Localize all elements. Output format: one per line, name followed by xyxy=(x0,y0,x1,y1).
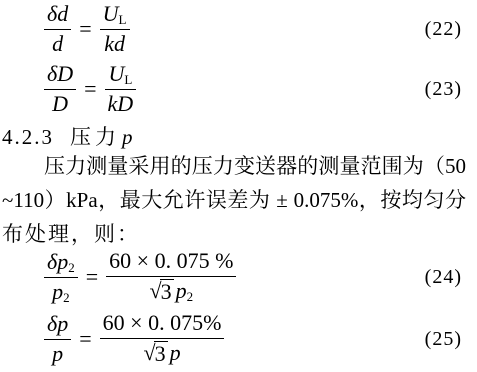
equation-number: (25) xyxy=(425,328,462,351)
paragraph-line: 压力测量采用的压力变送器的测量范围为（50 xyxy=(2,149,466,183)
subscript: 2 xyxy=(68,260,75,275)
equals-sign: = xyxy=(84,76,96,102)
variable: U xyxy=(108,61,124,86)
equation-24: δp2 p2 = 60 × 0. 075 % √3p2 (24) xyxy=(0,246,477,308)
equation-number: (23) xyxy=(425,78,462,101)
equals-sign: = xyxy=(86,264,98,290)
equation-number: (24) xyxy=(425,266,462,289)
equals-sign: = xyxy=(79,326,91,352)
fraction-denominator: √3p xyxy=(100,339,225,367)
subscript: 2 xyxy=(187,289,194,304)
fraction-denominator: √3p2 xyxy=(106,277,236,305)
fraction-rhs: UL kd xyxy=(100,2,130,56)
fraction-rhs: 60 × 0. 075 % √3p2 xyxy=(106,249,236,304)
fraction-numerator: δp2 xyxy=(44,250,78,278)
variable: δp xyxy=(47,249,68,274)
equals-sign: = xyxy=(79,16,91,42)
equation-22-body: δd d = UL kd xyxy=(44,2,130,56)
fraction-denominator: p xyxy=(44,340,71,367)
fraction-lhs: δp p xyxy=(44,312,71,366)
variable: p xyxy=(52,279,63,304)
variable: p xyxy=(176,278,187,303)
equation-22: δd d = UL kd (22) xyxy=(0,0,477,58)
fraction-rhs: 60 × 0. 075% √3p xyxy=(100,311,225,366)
fraction-denominator: kD xyxy=(105,90,137,117)
paragraph-line: ~110）kPa，最大允许误差为 ± 0.075%，按均匀分 xyxy=(2,183,466,217)
equation-23: δD D = UL kD (23) xyxy=(0,60,477,118)
fraction-lhs: δD D xyxy=(44,62,76,116)
fraction-numerator: δd xyxy=(44,2,71,30)
square-root: √3 xyxy=(143,341,167,367)
equation-23-body: δD D = UL kD xyxy=(44,62,136,116)
fraction-denominator: kd xyxy=(100,30,130,57)
variable: p xyxy=(170,340,181,365)
fraction-numerator: UL xyxy=(105,62,137,90)
subscript: 2 xyxy=(63,290,70,305)
subscript: L xyxy=(119,12,127,27)
fraction-numerator: δp xyxy=(44,312,71,340)
subscript: L xyxy=(124,72,132,87)
body-paragraph: 压力测量采用的压力变送器的测量范围为（50 ~110）kPa，最大允许误差为 ±… xyxy=(2,149,466,251)
fraction-lhs: δp2 p2 xyxy=(44,250,78,304)
equation-number: (22) xyxy=(425,18,462,41)
radicand: 3 xyxy=(154,341,168,367)
section-heading: 4.2.3压力p xyxy=(2,121,133,151)
section-title: 压力 xyxy=(70,125,120,149)
fraction-numerator: 60 × 0. 075% xyxy=(100,311,225,339)
equation-25-body: δp p = 60 × 0. 075% √3p xyxy=(44,311,224,366)
fraction-numerator: UL xyxy=(100,2,130,30)
equation-24-body: δp2 p2 = 60 × 0. 075 % √3p2 xyxy=(44,249,236,304)
fraction-numerator: δD xyxy=(44,62,76,90)
section-variable: p xyxy=(122,125,133,149)
radicand: 3 xyxy=(160,279,174,305)
fraction-denominator: p2 xyxy=(44,278,78,305)
fraction-denominator: d xyxy=(44,30,71,57)
fraction-denominator: D xyxy=(44,90,76,117)
fraction-numerator: 60 × 0. 075 % xyxy=(106,249,236,277)
fraction-lhs: δd d xyxy=(44,2,71,56)
section-number: 4.2.3 xyxy=(2,125,54,149)
paper-page: δd d = UL kd (22) δD D = UL kD (23) xyxy=(0,0,477,372)
square-root: √3 xyxy=(149,279,173,305)
fraction-rhs: UL kD xyxy=(105,62,137,116)
equation-25: δp p = 60 × 0. 075% √3p (25) xyxy=(0,308,477,370)
variable: U xyxy=(103,1,119,26)
